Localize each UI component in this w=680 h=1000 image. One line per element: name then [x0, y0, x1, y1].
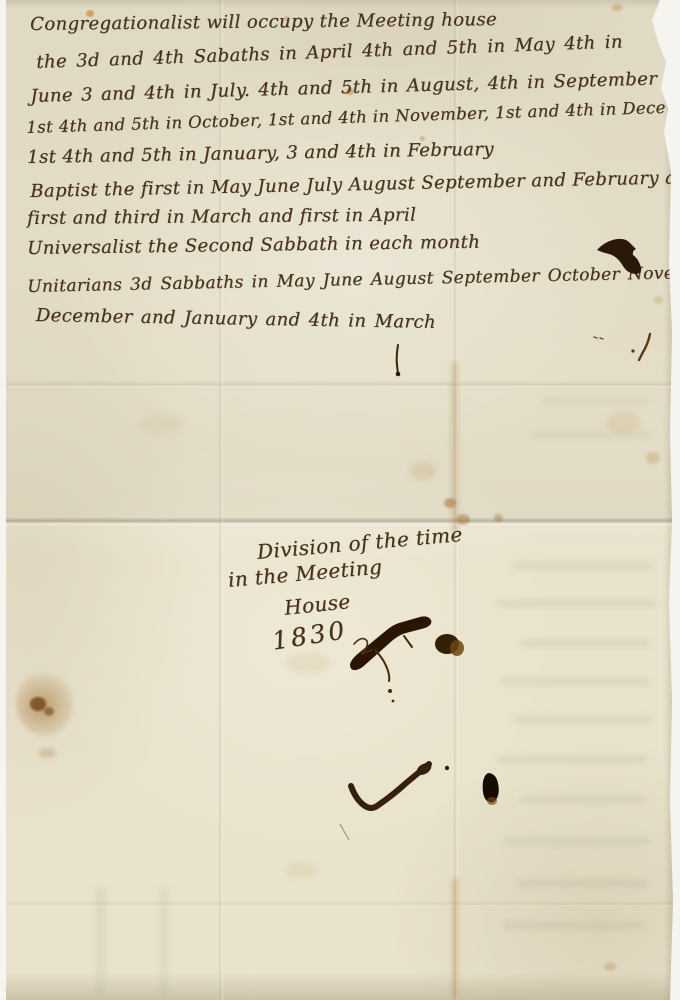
- paper-edge-shadow-right: [664, 0, 674, 1000]
- show-through-line: [504, 838, 650, 845]
- show-through-line: [502, 922, 646, 929]
- fox-spot: [646, 452, 660, 464]
- faint-stain: [410, 462, 436, 480]
- large-brown-stain: [16, 670, 74, 736]
- scanned-manuscript-page: Congregationalist will occupy the Meetin…: [0, 0, 680, 1000]
- fold-crease-horizontal-main: [6, 517, 672, 526]
- fold-crease-horizontal-upper: [6, 381, 672, 388]
- show-through-line: [520, 640, 650, 647]
- fox-spot: [654, 296, 663, 304]
- show-through-line: [498, 600, 656, 607]
- docket-year: 1830: [270, 615, 349, 655]
- show-through-line: [540, 398, 650, 404]
- manuscript-line: Unitarians 3d Sabbaths in May June Augus…: [27, 262, 680, 297]
- faint-stain: [606, 412, 640, 434]
- manuscript-line: Baptist the first in May June July Augus…: [30, 167, 680, 202]
- show-through-line: [498, 756, 648, 763]
- manuscript-line: the 3d and 4th Sabaths in April 4th and …: [36, 32, 623, 73]
- paper-edge-shadow-bottom: [6, 972, 672, 1000]
- show-through-line: [514, 716, 652, 723]
- paper-edge-shadow-top: [6, 0, 670, 8]
- manuscript-line: Congregationalist will occupy the Meetin…: [30, 9, 497, 35]
- show-through-line: [512, 562, 652, 569]
- paper-sheet: Congregationalist will occupy the Meetin…: [0, 0, 680, 1000]
- manuscript-line: Universalist the Second Sabbath in each …: [27, 232, 480, 259]
- crease-spot: [494, 514, 503, 522]
- manuscript-line: 1st 4th and 5th in January, 3 and 4th in…: [27, 139, 494, 168]
- faint-stain: [286, 862, 316, 878]
- fold-crease-horizontal-lower: [6, 901, 672, 907]
- docket-title-line: in the Meeting: [227, 555, 383, 592]
- show-through-line: [516, 880, 648, 887]
- crease-stain-upper: [451, 362, 458, 532]
- manuscript-line: first and third in March and first in Ap…: [27, 205, 416, 229]
- stain-core-small: [44, 707, 54, 716]
- show-through-line: [530, 432, 650, 438]
- show-through-line: [520, 796, 646, 803]
- crease-spot: [444, 498, 456, 508]
- show-through-line: [500, 678, 650, 685]
- stain-core: [30, 697, 46, 711]
- faint-stain: [286, 652, 330, 674]
- faint-stain: [38, 748, 56, 758]
- fox-spot: [604, 962, 616, 971]
- manuscript-line: December and January and 4th in March: [36, 305, 437, 333]
- faint-stain: [140, 414, 180, 434]
